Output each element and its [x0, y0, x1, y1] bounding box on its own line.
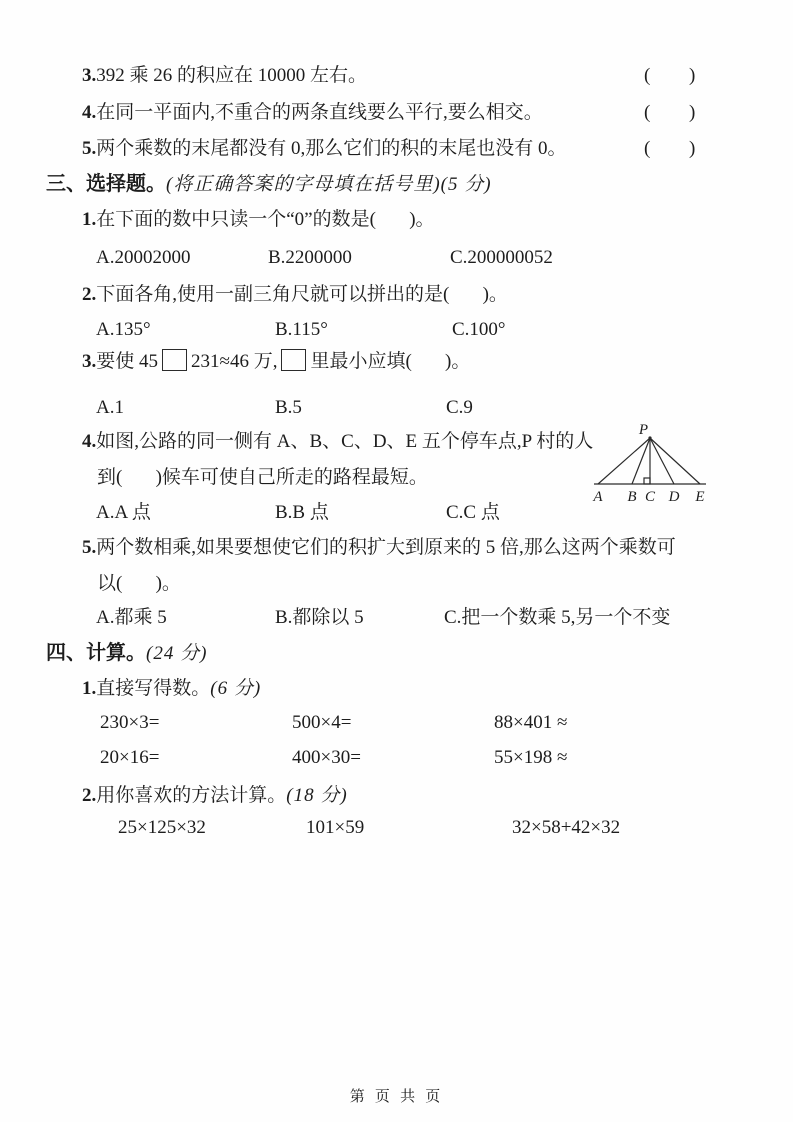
- answer-paren-open: (: [644, 100, 650, 126]
- question-number: 3.: [82, 65, 96, 86]
- choice-question-2: 2.下面各角,使用一副三角尺就可以拼出的是( )。: [82, 282, 508, 308]
- option-a: A.都乘 5: [96, 605, 167, 631]
- section-score: (24 分): [146, 643, 207, 664]
- question-text: 下面各角,使用一副三角尺就可以拼出的是( )。: [96, 284, 508, 305]
- question-text: 两个数相乘,如果要想使它们的积扩大到原来的 5 倍,那么这两个乘数可: [96, 537, 676, 558]
- question-text: 如图,公路的同一侧有 A、B、C、D、E 五个停车点,P 村的人: [96, 431, 593, 452]
- question-score: (18 分): [286, 785, 347, 806]
- option-c: C.C 点: [446, 500, 500, 526]
- calc-expression: 101×59: [306, 815, 364, 841]
- option-b: B.B 点: [275, 500, 329, 526]
- answer-paren-open: (: [644, 63, 650, 89]
- answer-paren-close: ): [689, 136, 695, 162]
- question-number: 4.: [82, 431, 96, 452]
- judge-item-4: 4.在同一平面内,不重合的两条直线要么平行,要么相交。: [82, 100, 543, 126]
- diagram-point-label: C: [645, 489, 656, 505]
- option-c: C.200000052: [450, 245, 553, 271]
- diagram-apex-label: P: [638, 422, 648, 438]
- judge-item-5: 5.两个乘数的末尾都没有 0,那么它们的积的末尾也没有 0。: [82, 136, 567, 162]
- section-three-header: 三、选择题。(将正确答案的字母填在括号里)(5 分): [46, 171, 492, 198]
- question-text: 231≈46 万,: [191, 351, 277, 372]
- question-number: 4.: [82, 102, 96, 123]
- judge-item-3: 3.392 乘 26 的积应在 10000 左右。: [82, 63, 367, 89]
- question-text: 用你喜欢的方法计算。: [96, 785, 286, 806]
- road-diagram: P A B C D E: [590, 421, 715, 509]
- option-c: C.把一个数乘 5,另一个不变: [444, 605, 670, 631]
- option-b: B.115°: [275, 317, 328, 343]
- section-title: 三、选择题。: [46, 173, 166, 195]
- choice-question-1: 1.在下面的数中只读一个“0”的数是( )。: [82, 207, 435, 233]
- calc-expression: 500×4=: [292, 710, 351, 736]
- choice-question-5-line1: 5.两个数相乘,如果要想使它们的积扩大到原来的 5 倍,那么这两个乘数可: [82, 535, 676, 561]
- calc-expression: 20×16=: [100, 745, 159, 771]
- blank-box: [162, 349, 187, 371]
- question-score: (6 分): [210, 678, 261, 699]
- choice-question-4-line2: 到( )候车可使自己所走的路程最短。: [97, 465, 428, 491]
- worksheet-page: 3.392 乘 26 的积应在 10000 左右。 ( ) 4.在同一平面内,不…: [0, 0, 793, 1122]
- option-b: B.2200000: [268, 245, 352, 271]
- option-a: A.135°: [96, 317, 151, 343]
- option-c: C.100°: [452, 317, 506, 343]
- diagram-point-label: A: [592, 489, 603, 505]
- diagram-point-label: B: [627, 489, 636, 505]
- question-text: 到( )候车可使自己所走的路程最短。: [97, 467, 428, 488]
- question-text: 里最小应填( )。: [310, 351, 470, 372]
- question-number: 5.: [82, 138, 96, 159]
- question-text: 两个乘数的末尾都没有 0,那么它们的积的末尾也没有 0。: [96, 138, 566, 159]
- option-a: A.1: [96, 395, 124, 421]
- question-text: 392 乘 26 的积应在 10000 左右。: [96, 65, 367, 86]
- calc-expression: 32×58+42×32: [512, 815, 620, 841]
- calc-expression: 88×401 ≈: [494, 710, 567, 736]
- question-text: 要使 45: [96, 351, 158, 372]
- question-text: 直接写得数。: [96, 678, 210, 699]
- calc-expression: 230×3=: [100, 710, 159, 736]
- question-number: 1.: [82, 209, 96, 230]
- answer-paren-close: ): [689, 100, 695, 126]
- option-b: B.都除以 5: [275, 605, 364, 631]
- choice-question-5-line2: 以( )。: [97, 571, 181, 597]
- calc-expression: 55×198 ≈: [494, 745, 567, 771]
- option-c: C.9: [446, 395, 473, 421]
- section-instruction: (将正确答案的字母填在括号里)(5 分): [166, 174, 492, 195]
- diagram-point-label: D: [668, 489, 680, 505]
- calc-sub1-header: 1.直接写得数。(6 分): [82, 676, 261, 702]
- choice-question-3: 3.要使 45231≈46 万,里最小应填( )。: [82, 349, 470, 375]
- question-number: 1.: [82, 678, 96, 699]
- answer-paren-close: ): [689, 63, 695, 89]
- question-text: 以( )。: [97, 573, 181, 594]
- calc-expression: 400×30=: [292, 745, 361, 771]
- choice-question-4-line1: 4.如图,公路的同一侧有 A、B、C、D、E 五个停车点,P 村的人: [82, 429, 593, 455]
- option-a: A.A 点: [96, 500, 151, 526]
- question-number: 2.: [82, 785, 96, 806]
- blank-box: [281, 349, 306, 371]
- section-title: 四、计算。: [46, 642, 146, 664]
- question-number: 5.: [82, 537, 96, 558]
- footer-page-label: 第 页 共 页: [0, 1085, 793, 1106]
- calc-sub2-header: 2.用你喜欢的方法计算。(18 分): [82, 783, 348, 809]
- question-text: 在下面的数中只读一个“0”的数是( )。: [96, 209, 434, 230]
- option-a: A.20002000: [96, 245, 190, 271]
- section-four-header: 四、计算。(24 分): [46, 640, 207, 667]
- answer-paren-open: (: [644, 136, 650, 162]
- option-b: B.5: [275, 395, 302, 421]
- question-text: 在同一平面内,不重合的两条直线要么平行,要么相交。: [96, 102, 543, 123]
- diagram-point-label: E: [694, 489, 704, 505]
- calc-expression: 25×125×32: [118, 815, 206, 841]
- question-number: 3.: [82, 351, 96, 372]
- question-number: 2.: [82, 284, 96, 305]
